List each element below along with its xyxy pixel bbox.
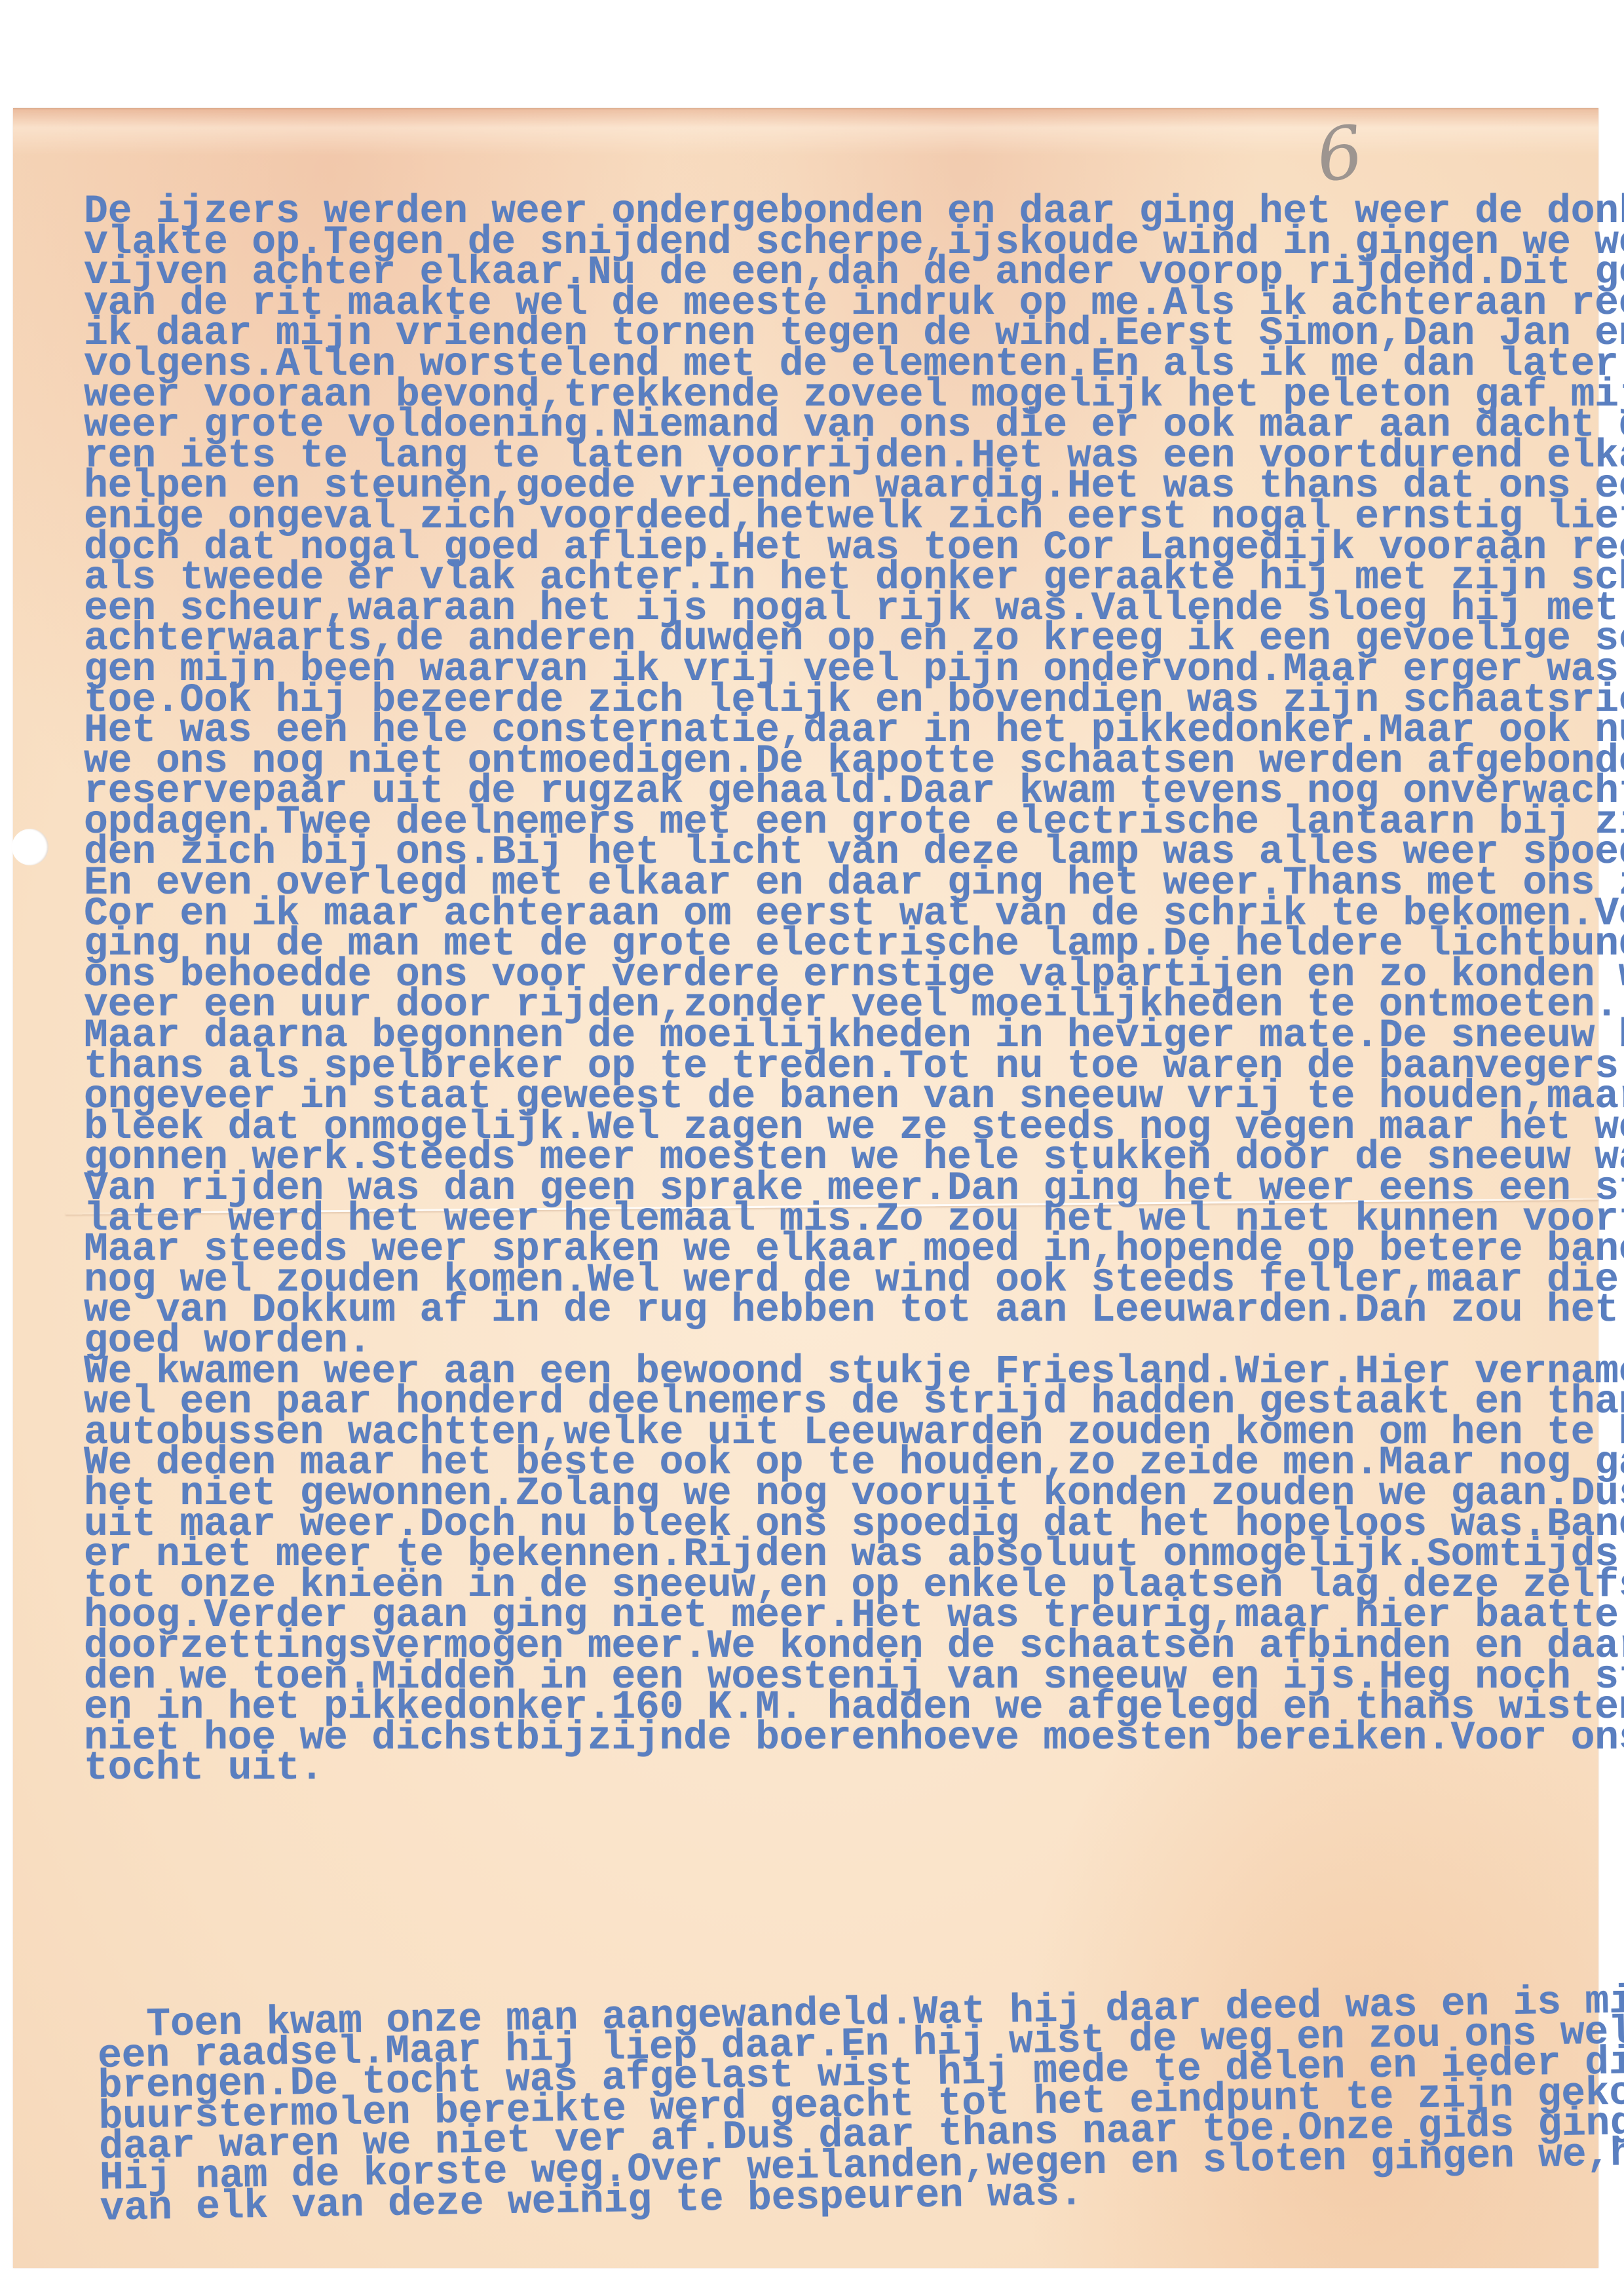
handwritten-page-number: 6 bbox=[1312, 119, 1367, 190]
punch-hole bbox=[12, 829, 48, 865]
paragraph-1: De ijzers werden weer ondergebonden en d… bbox=[84, 197, 1604, 1785]
paragraph-2: Toen kwam onze man aangewandeld.Wat hij … bbox=[97, 1987, 1624, 2225]
typewritten-page: 6 De ijzers werden weer ondergebonden en… bbox=[13, 108, 1598, 2268]
